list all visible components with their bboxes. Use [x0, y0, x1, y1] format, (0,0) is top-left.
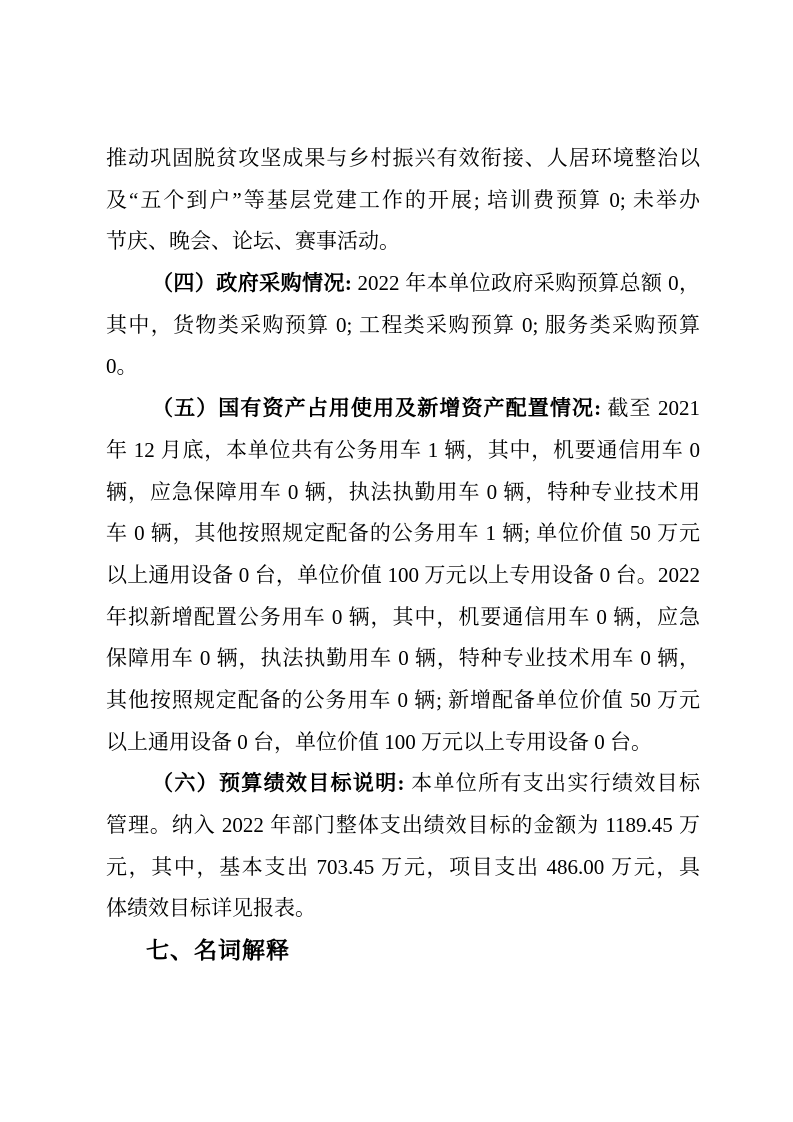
subsection-title-5: （五）国有资产占用使用及新增资产配置情况: [152, 396, 601, 420]
line-text: 本单位所有支出实行绩效目标 [405, 771, 700, 795]
line-text: 其他按照规定配备的公务用车 0 辆; 新增配备单位价值 50 万元 [106, 688, 700, 712]
document-page: 推动巩固脱贫攻坚成果与乡村振兴有效衔接、人居环境整治以 及“五个到户”等基层党建… [0, 0, 793, 1122]
line-text: 以上通用设备 0 台，单位价值 100 万元以上专用设备 0 台。2022 [106, 563, 700, 587]
text-line: 保障用车 0 辆，执法执勤用车 0 辆，特种专业技术用车 0 辆， [106, 638, 700, 680]
text-line: 车 0 辆，其他按照规定配备的公务用车 1 辆; 单位价值 50 万元 [106, 513, 700, 555]
text-line: 年拟新增配置公务用车 0 辆，其中，机要通信用车 0 辆，应急 [106, 597, 700, 639]
text-line: 其他按照规定配备的公务用车 0 辆; 新增配备单位价值 50 万元 [106, 680, 700, 722]
line-text: 年 12 月底，本单位共有公务用车 1 辆，其中，机要通信用车 0 [106, 438, 700, 462]
text-line: 辆，应急保障用车 0 辆，执法执勤用车 0 辆，特种专业技术用 [106, 472, 700, 514]
line-text: 2022 年本单位政府采购预算总额 0， [352, 271, 700, 295]
line-text: 以上通用设备 0 台，单位价值 100 万元以上专用设备 0 台。 [106, 730, 652, 754]
section-heading: 七、名词解释 [106, 930, 700, 972]
line-text: 截至 2021 [601, 396, 700, 420]
line-text: 车 0 辆，其他按照规定配备的公务用车 1 辆; 单位价值 50 万元 [106, 521, 700, 545]
text-line: 年 12 月底，本单位共有公务用车 1 辆，其中，机要通信用车 0 [106, 430, 700, 472]
text-line: 管理。纳入 2022 年部门整体支出绩效目标的金额为 1189.45 万 [106, 805, 700, 847]
subsection-title-4: （四）政府采购情况: [152, 271, 352, 295]
text-line: 以上通用设备 0 台，单位价值 100 万元以上专用设备 0 台。2022 [106, 555, 700, 597]
line-text: 节庆、晚会、论坛、赛事活动。 [106, 229, 400, 253]
line-text: 其中，货物类采购预算 0; 工程类采购预算 0; 服务类采购预算 [106, 313, 700, 337]
line-text: 保障用车 0 辆，执法执勤用车 0 辆，特种专业技术用车 0 辆， [106, 646, 700, 670]
line-text: 推动巩固脱贫攻坚成果与乡村振兴有效衔接、人居环境整治以 [106, 146, 700, 170]
text-line: （四）政府采购情况: 2022 年本单位政府采购预算总额 0， [106, 263, 700, 305]
text-line: 0。 [106, 346, 700, 388]
line-text: 年拟新增配置公务用车 0 辆，其中，机要通信用车 0 辆，应急 [106, 605, 700, 629]
text-line: 其中，货物类采购预算 0; 工程类采购预算 0; 服务类采购预算 [106, 305, 700, 347]
text-line: 及“五个到户”等基层党建工作的开展; 培训费预算 0; 未举办 [106, 180, 700, 222]
line-text: 元，其中，基本支出 703.45 万元，项目支出 486.00 万元，具 [106, 855, 700, 879]
line-text: 管理。纳入 2022 年部门整体支出绩效目标的金额为 1189.45 万 [106, 813, 700, 837]
text-line: 体绩效目标详见报表。 [106, 888, 700, 930]
text-line: 推动巩固脱贫攻坚成果与乡村振兴有效衔接、人居环境整治以 [106, 138, 700, 180]
line-text: 0。 [106, 354, 138, 378]
text-line: （六）预算绩效目标说明: 本单位所有支出实行绩效目标 [106, 763, 700, 805]
text-line: 以上通用设备 0 台，单位价值 100 万元以上专用设备 0 台。 [106, 722, 700, 764]
text-line: 节庆、晚会、论坛、赛事活动。 [106, 221, 700, 263]
line-text: 及“五个到户”等基层党建工作的开展; 培训费预算 0; 未举办 [106, 188, 700, 212]
document-body: 推动巩固脱贫攻坚成果与乡村振兴有效衔接、人居环境整治以 及“五个到户”等基层党建… [106, 138, 700, 972]
text-line: 元，其中，基本支出 703.45 万元，项目支出 486.00 万元，具 [106, 847, 700, 889]
subsection-title-6: （六）预算绩效目标说明: [152, 771, 405, 795]
text-line: （五）国有资产占用使用及新增资产配置情况: 截至 2021 [106, 388, 700, 430]
line-text: 辆，应急保障用车 0 辆，执法执勤用车 0 辆，特种专业技术用 [106, 480, 700, 504]
line-text: 体绩效目标详见报表。 [106, 896, 316, 920]
